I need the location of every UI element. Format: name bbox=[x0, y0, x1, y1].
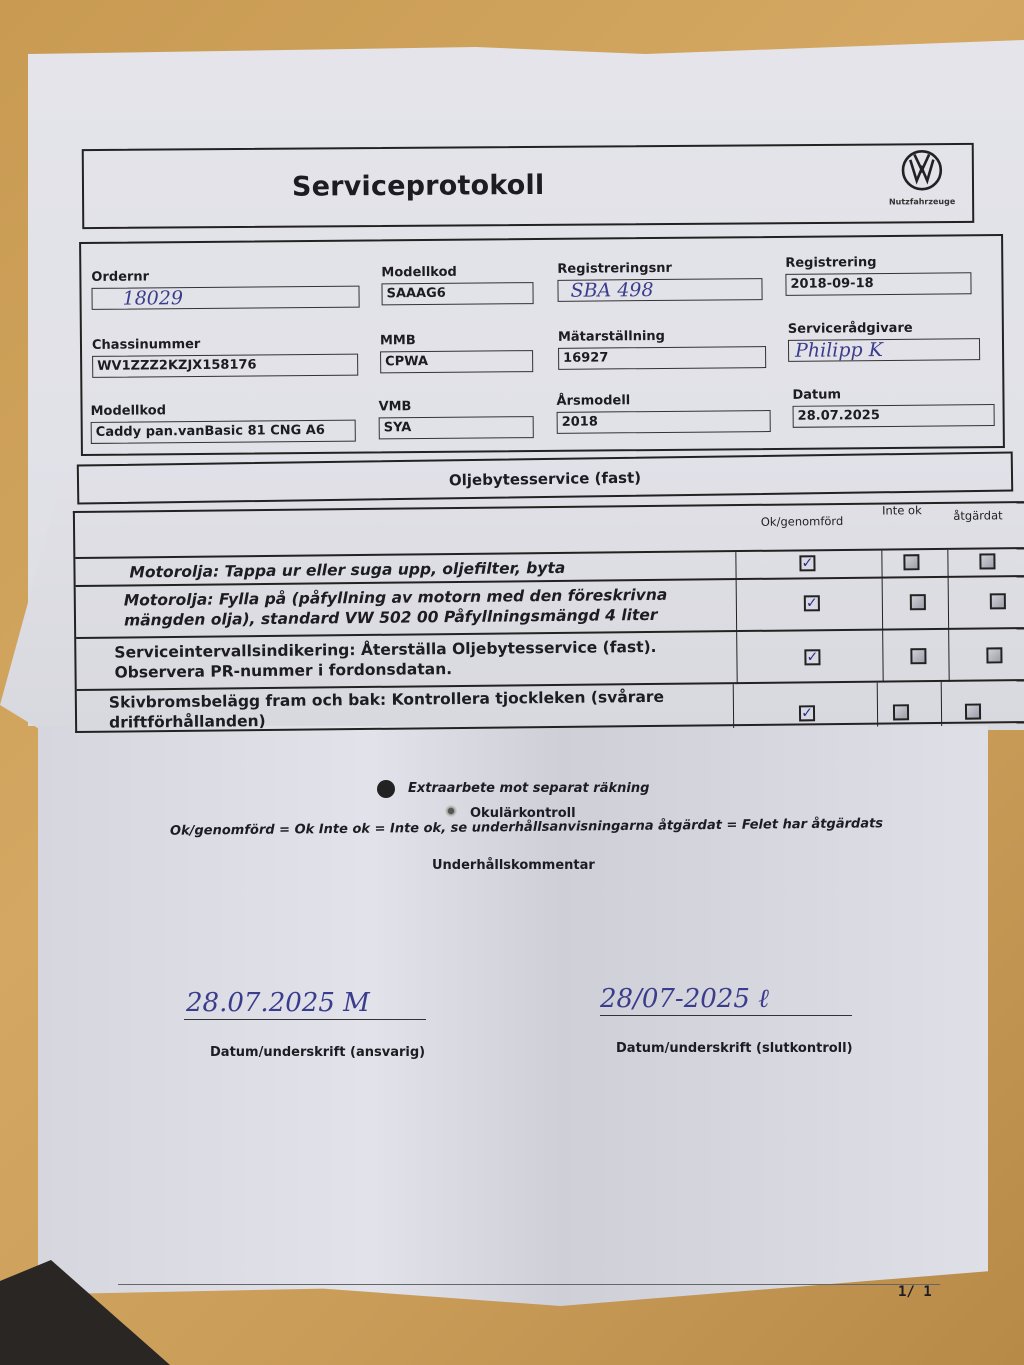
checkbox-ok-row3[interactable]: ✓ bbox=[804, 649, 820, 665]
checkbox-inte-ok-row4[interactable] bbox=[893, 704, 909, 720]
field-modellkod-short: Modellkod SAAAG6 bbox=[381, 264, 533, 305]
vehicle-info-panel: Ordernr 18029 Modellkod SAAAG6 Registrer… bbox=[79, 234, 1005, 456]
checkbox-ok-row4[interactable]: ✓ bbox=[799, 705, 815, 721]
field-ordernr: Ordernr 18029 bbox=[91, 268, 359, 310]
ordernr-value: 18029 bbox=[91, 286, 359, 310]
field-registreringsnr: Registreringsnr SBA 498 bbox=[557, 260, 762, 302]
checkbox-inte-ok-row1[interactable] bbox=[903, 554, 919, 570]
section-title: Oljebytesservice (fast) bbox=[79, 463, 1011, 494]
checkbox-inte-ok-row2[interactable] bbox=[910, 594, 926, 610]
maintenance-comment-heading: Underhållskommentar bbox=[432, 858, 595, 873]
column-ok: Ok/genomförd bbox=[747, 515, 857, 529]
checkbox-ok-row2[interactable]: ✓ bbox=[804, 595, 820, 611]
vw-logo-icon bbox=[901, 149, 943, 191]
document-header: Serviceprotokoll Nutzfahrzeuge bbox=[82, 143, 975, 229]
column-inte-ok: Inte ok bbox=[877, 504, 927, 518]
signature-label-responsible: Datum/underskrift (ansvarig) bbox=[210, 1045, 425, 1060]
legend-extra-work: Extraarbete mot separat räkning bbox=[408, 781, 649, 796]
field-serviceradgivare: Servicerådgivare Philipp K bbox=[788, 320, 980, 362]
checkbox-atgardat-row2[interactable] bbox=[990, 593, 1006, 609]
checkbox-ok-row1[interactable]: ✓ bbox=[799, 555, 815, 571]
signature-line-responsible bbox=[184, 1019, 426, 1020]
field-mmb: MMB CPWA bbox=[380, 332, 533, 373]
signature-line-final-check bbox=[600, 1015, 852, 1016]
brand-logo: Nutzfahrzeuge bbox=[886, 149, 958, 207]
field-matarstallning: Mätarställning 16927 bbox=[558, 328, 766, 370]
checkbox-inte-ok-row3[interactable] bbox=[910, 648, 926, 664]
page-number: 1/ 1 bbox=[898, 1284, 932, 1300]
field-chassinummer: Chassinummer WV1ZZZ2KZJX158176 bbox=[92, 336, 358, 378]
column-atgardat: åtgärdat bbox=[941, 509, 1015, 523]
checklist-table: Ok/genomförd Inte ok åtgärdat Motorolja:… bbox=[73, 501, 1024, 733]
signature-label-final-check: Datum/underskrift (slutkontroll) bbox=[616, 1041, 853, 1056]
filled-circle-icon bbox=[377, 780, 395, 798]
checkbox-atgardat-row4[interactable] bbox=[965, 704, 981, 720]
field-vmb: VMB SYA bbox=[378, 398, 533, 439]
checkbox-atgardat-row3[interactable] bbox=[986, 647, 1002, 663]
field-arsmodell: Årsmodell 2018 bbox=[556, 392, 770, 434]
document-title: Serviceprotokoll bbox=[292, 170, 545, 203]
field-modellkod-long: Modellkod Caddy pan.vanBasic 81 CNG A6 bbox=[90, 402, 355, 444]
signature-final-check: 28/07-2025 ℓ bbox=[600, 984, 769, 1014]
checkbox-atgardat-row1[interactable] bbox=[979, 553, 995, 569]
field-registrering: Registrering 2018-09-18 bbox=[785, 254, 971, 296]
eye-icon bbox=[444, 805, 458, 817]
signature-responsible: 28.07.2025 M bbox=[186, 988, 370, 1018]
logo-caption: Nutzfahrzeuge bbox=[886, 197, 958, 207]
footer-divider bbox=[118, 1284, 940, 1285]
field-datum: Datum 28.07.2025 bbox=[792, 386, 994, 428]
